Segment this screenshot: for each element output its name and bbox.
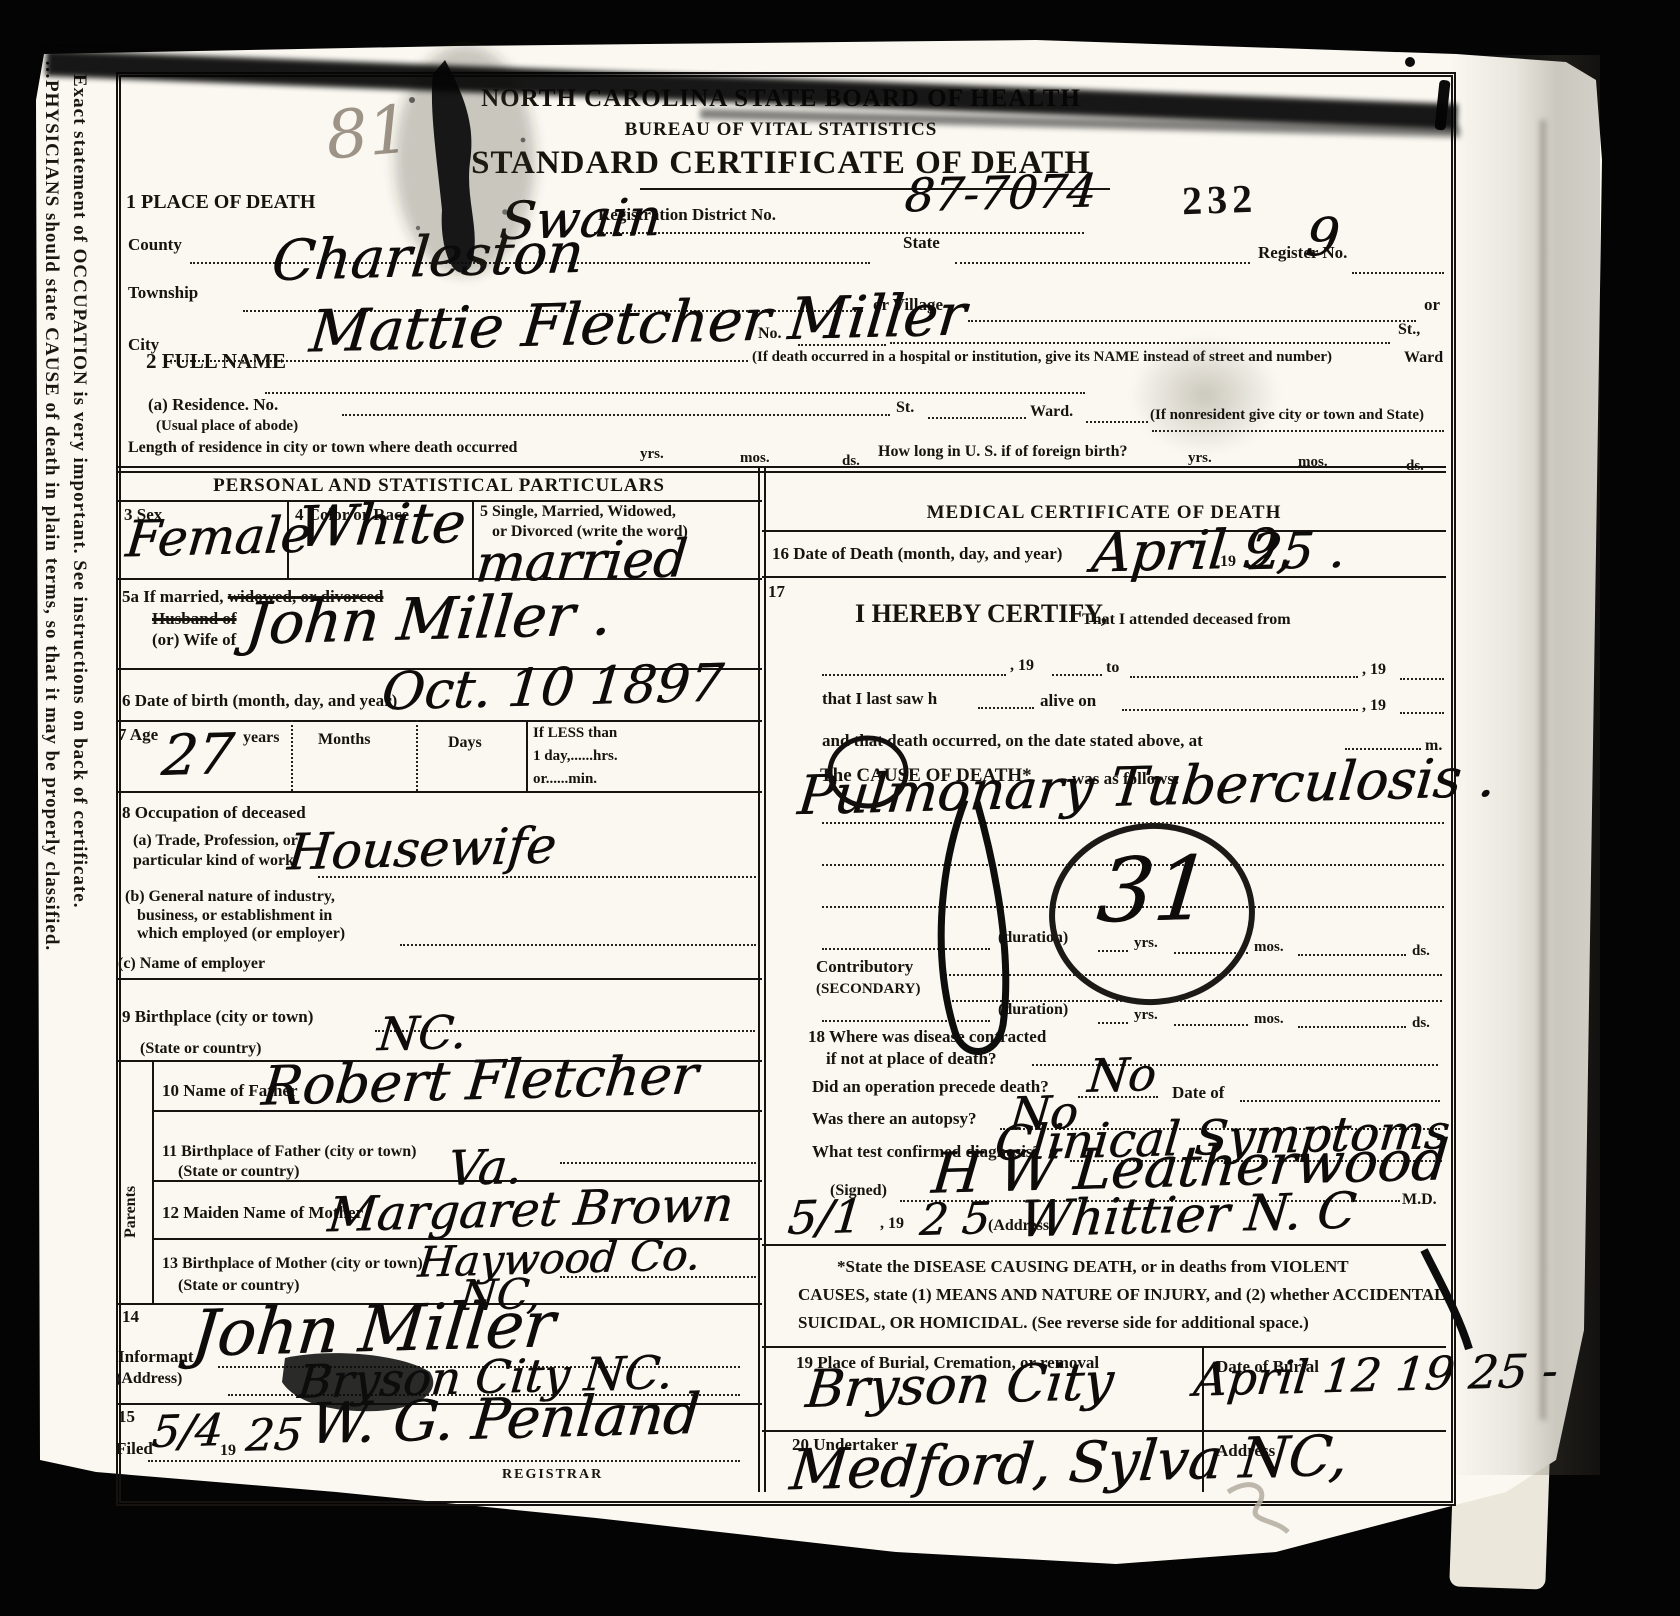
full-name-value: Mattie Fletcher Miller — [307, 285, 968, 360]
yrs-label: yrs. — [1134, 1008, 1158, 1024]
birthplace-label: 9 Birthplace (city or town) — [122, 1008, 313, 1026]
registrar-signature: W. G. Penland — [307, 1387, 702, 1453]
howlong-label: How long in U. S. if of foreign birth? — [878, 444, 1128, 461]
nonresident-note: (If nonresident give city or town and St… — [1150, 408, 1424, 424]
register-line — [1352, 272, 1444, 274]
ds-label: ds. — [1412, 1016, 1430, 1032]
father-bp-line — [560, 1162, 756, 1164]
blank-line — [1240, 1100, 1440, 1102]
spouse-value: John Miller . — [243, 585, 614, 653]
informant-num: 14 — [122, 1308, 139, 1326]
m5a-prefix: 5a If married, — [122, 587, 224, 606]
mos-label: mos. — [1254, 940, 1284, 956]
race-value: White — [295, 496, 468, 557]
marital-label-1: 5 Single, Married, Widowed, — [480, 504, 676, 521]
pencil-note: 81 — [323, 96, 412, 169]
certify-bold: I HEREBY CERTIFY, — [855, 600, 1107, 627]
parents-vertical-label: Parents — [122, 1128, 140, 1238]
place-of-death-label: 1 PLACE OF DEATH — [126, 192, 315, 213]
certificate-stamp-number: 232 — [1181, 175, 1258, 225]
paper-stain — [1130, 335, 1280, 455]
filed-label: Filed — [116, 1440, 153, 1458]
disease-contracted-label-2: if not at place of death? — [826, 1050, 996, 1068]
father-bp-label: 11 Birthplace of Father (city or town) — [162, 1144, 416, 1161]
husband-of-struck: Husband of — [152, 610, 237, 628]
full-name-line — [265, 392, 1085, 394]
or-label: or — [1424, 296, 1440, 314]
occupation-a1: (a) Trade, Profession, or — [133, 833, 298, 850]
mos-label: mos. — [1254, 1012, 1284, 1028]
alive-on-label: alive on — [1040, 692, 1096, 710]
yrs-label-1: yrs. — [640, 447, 664, 463]
occupation-c: (c) Name of employer — [118, 956, 265, 973]
dob-value: Oct. 10 1897 — [380, 657, 726, 718]
registrar-label: REGISTRAR — [502, 1468, 603, 1483]
township-value: Charleston — [269, 226, 585, 290]
md-label: M.D. — [1402, 1192, 1437, 1209]
cell-divider-dotted — [416, 720, 418, 791]
section-divider-rule — [116, 466, 1446, 473]
operation-value: No — [1086, 1051, 1158, 1099]
rule — [116, 791, 762, 793]
mother-bp-label: 13 Birthplace of Mother (city or town) — [162, 1256, 423, 1273]
scanned-death-certificate: …PHYSICIANS should state CAUSE of death … — [0, 0, 1680, 1616]
dod-year-value: 25 . — [1248, 525, 1348, 578]
duration-label-1: (duration) — [998, 930, 1068, 947]
mother-bp-value-1: Haywood Co. — [416, 1234, 702, 1284]
occupation-b1: (b) General nature of industry, — [125, 889, 335, 906]
cell-divider — [526, 720, 528, 791]
occupation-b3: which employed (or employer) — [137, 926, 345, 943]
state-line — [955, 262, 1250, 264]
full-name-label: 2 FULL NAME — [146, 350, 286, 372]
blank-line — [1098, 1022, 1128, 1024]
occupation-a2: particular kind of work — [133, 853, 294, 870]
informant-label: Informant — [118, 1348, 194, 1366]
mos-label-2: mos. — [1298, 455, 1328, 471]
filed-line — [148, 1460, 740, 1462]
blank-line — [1298, 1026, 1406, 1028]
footnote-line-1: *State the DISEASE CAUSING DEATH, or in … — [837, 1258, 1349, 1276]
employer-line — [400, 944, 756, 946]
blank-line — [822, 674, 1006, 676]
blank-line — [1098, 950, 1128, 952]
residence-ward-label: Ward. — [1030, 404, 1073, 421]
page-crease — [1540, 120, 1546, 1420]
rule — [116, 978, 762, 980]
last-saw-label: that I last saw h — [822, 690, 937, 708]
blank-line — [1130, 676, 1358, 678]
disease-contracted-label-1: 18 Where was disease contracted — [808, 1028, 1046, 1046]
county-label: County — [128, 236, 182, 254]
age-less-2: 1 day,......hrs. — [533, 749, 618, 765]
to-label: to — [1106, 660, 1119, 677]
ds-label-1: ds. — [842, 454, 860, 470]
residence-line — [342, 414, 890, 416]
circled-duration-number: 31 — [1094, 844, 1214, 935]
date-of-death-label: 16 Date of Death (month, day, and year) — [772, 545, 1062, 563]
st-line — [890, 342, 1390, 344]
rule — [762, 1346, 1446, 1348]
age-years-label: years — [243, 730, 279, 747]
age-value: 27 — [159, 727, 236, 785]
ds-label-3: ds. — [1406, 459, 1424, 475]
state-label: State — [903, 234, 940, 252]
residence-st-label: St. — [896, 400, 914, 417]
certify-rest: That I attended deceased from — [1082, 612, 1291, 629]
cell-divider-dotted — [291, 720, 293, 791]
abode-label: (Usual place of abode) — [156, 419, 298, 435]
burial-date-value: April 12 19 25 - — [1192, 1347, 1560, 1403]
st-label: St., — [1398, 322, 1420, 339]
dob-label: 6 Date of birth (month, day, and year) — [122, 692, 397, 710]
occupation-value: Housewife — [286, 820, 559, 877]
blank-line — [822, 1020, 990, 1022]
age-months-label: Months — [318, 732, 370, 749]
blank-line — [1122, 709, 1358, 711]
blank-line — [1052, 674, 1102, 676]
autopsy-label: Was there an autopsy? — [812, 1110, 977, 1128]
mos-label-1: mos. — [740, 451, 770, 467]
sex-value: Female — [124, 510, 313, 565]
margin-note-line2: Exact statement of OCCUPATION is very im… — [68, 74, 90, 1364]
district-value: 87-7074 — [903, 167, 1099, 218]
father-bp-sub: (State or country) — [178, 1164, 299, 1181]
undertaker-value: Medford, Sylva NC, — [787, 1429, 1350, 1500]
blank-line — [1400, 678, 1444, 680]
sign-year-value: 2 5 — [918, 1197, 992, 1243]
blank-line — [822, 948, 990, 950]
occupation-label: 8 Occupation of deceased — [122, 804, 306, 822]
print-19: , 19 — [1010, 658, 1034, 675]
yrs-label-2: yrs. — [1188, 451, 1212, 467]
print-19: , 19 — [1362, 662, 1386, 679]
footnote-line-3: SUICIDAL, OR HOMICIDAL. (See reverse sid… — [798, 1314, 1309, 1332]
ds-label: ds. — [1412, 944, 1430, 960]
length-label: Length of residence in city or town wher… — [128, 440, 517, 457]
duration-label-2: (duration) — [998, 1002, 1068, 1019]
filed-year-value: 25 — [244, 1413, 304, 1459]
sign-date-value: 5/1 — [786, 1193, 864, 1241]
date-of-label: Date of — [1172, 1084, 1224, 1102]
contributory-label: Contributory — [816, 958, 913, 976]
blank-line — [1174, 952, 1248, 954]
occupation-b2: business, or establishment in — [137, 908, 332, 925]
filed-19-print: 19 — [220, 1443, 236, 1460]
blank-line — [1298, 954, 1406, 956]
physician-address-value: Whittier N. C — [1018, 1186, 1358, 1245]
residence-label: (a) Residence. No. — [148, 396, 278, 414]
ward-label: Ward — [1404, 350, 1443, 367]
blank-line — [1174, 1024, 1248, 1026]
filed-date-value: 5/4 — [150, 1409, 225, 1455]
township-label: Township — [128, 284, 198, 302]
secondary-label: (SECONDARY) — [816, 982, 920, 998]
section-17: 17 — [768, 583, 785, 601]
filed-num: 15 — [118, 1408, 135, 1426]
father-value: Robert Fletcher — [259, 1048, 700, 1114]
informant-sub: (Address) — [116, 1371, 182, 1388]
age-label: 7 Age — [118, 726, 158, 744]
print-19: , 19 — [1362, 698, 1386, 715]
blank-line — [1400, 712, 1444, 714]
wife-of-label: (or) Wife of — [152, 631, 236, 649]
residence-st-line — [928, 417, 1026, 419]
burial-place-value: Bryson City — [804, 1356, 1116, 1416]
death-occurred-label: and that death occurred, on the date sta… — [822, 732, 1203, 750]
blank-line — [978, 707, 1034, 709]
footnote-line-2: CAUSES, state (1) MEANS AND NATURE OF IN… — [798, 1286, 1450, 1304]
age-less-3: or......min. — [533, 772, 597, 788]
birthplace-sub: (State or country) — [140, 1041, 261, 1058]
district-line — [594, 232, 1084, 234]
cell-divider — [472, 500, 474, 578]
age-less-1: If LESS than — [533, 726, 617, 742]
margin-note-line1: …PHYSICIANS should state CAUSE of death … — [40, 60, 62, 1360]
village-line — [968, 320, 1416, 322]
age-days-label: Days — [448, 735, 482, 752]
sign-19-print: , 19 — [880, 1216, 904, 1233]
mother-bp-sub: (State or country) — [178, 1278, 299, 1295]
blank-line — [942, 974, 1442, 976]
register-no-value: 9 — [1303, 211, 1341, 264]
